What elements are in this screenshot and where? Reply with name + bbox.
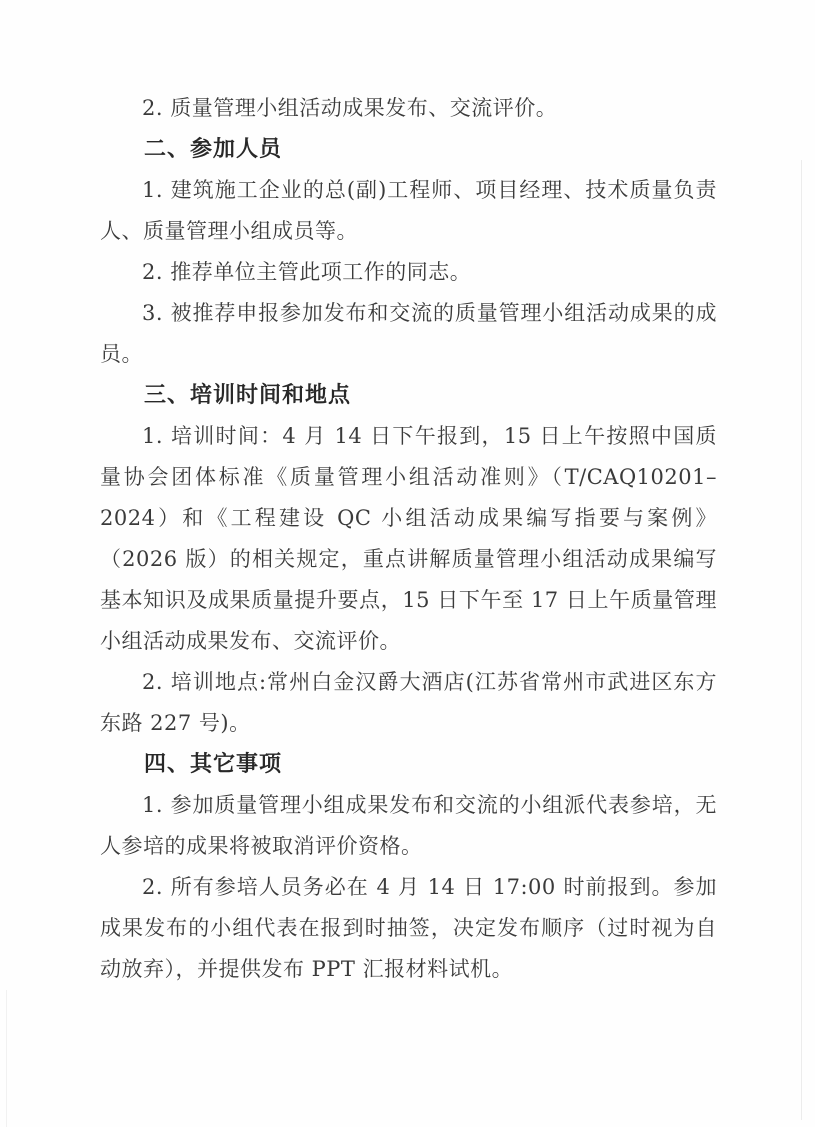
paragraph-other-matters-2: 2. 所有参培人员务必在 4 月 14 日 17:00 时前报到。参加成果发布的… [100, 867, 717, 990]
scan-edge-artifact [801, 160, 802, 1120]
paragraph-participants-3: 3. 被推荐申报参加发布和交流的质量管理小组活动成果的成员。 [100, 293, 717, 375]
section-heading-time-location: 三、培训时间和地点 [100, 375, 717, 416]
paragraph-participants-2: 2. 推荐单位主管此项工作的同志。 [100, 252, 717, 293]
paragraph-training-time: 1. 培训时间：4 月 14 日下午报到，15 日上午按照中国质量协会团体标准《… [100, 416, 717, 662]
scan-edge-artifact [6, 990, 7, 1127]
paragraph-training-location: 2. 培训地点:常州白金汉爵大酒店(江苏省常州市武进区东方东路 227 号)。 [100, 662, 717, 744]
document-content: 2. 质量管理小组活动成果发布、交流评价。 二、参加人员 1. 建筑施工企业的总… [100, 88, 717, 990]
document-page: 2. 质量管理小组活动成果发布、交流评价。 二、参加人员 1. 建筑施工企业的总… [0, 0, 815, 1127]
section-heading-other-matters: 四、其它事项 [100, 744, 717, 785]
paragraph-other-matters-1: 1. 参加质量管理小组成果发布和交流的小组派代表参培，无人参培的成果将被取消评价… [100, 785, 717, 867]
paragraph-participants-1: 1. 建筑施工企业的总(副)工程师、项目经理、技术质量负责人、质量管理小组成员等… [100, 170, 717, 252]
section-heading-participants: 二、参加人员 [100, 129, 717, 170]
paragraph-item-2-overview: 2. 质量管理小组活动成果发布、交流评价。 [100, 88, 717, 129]
